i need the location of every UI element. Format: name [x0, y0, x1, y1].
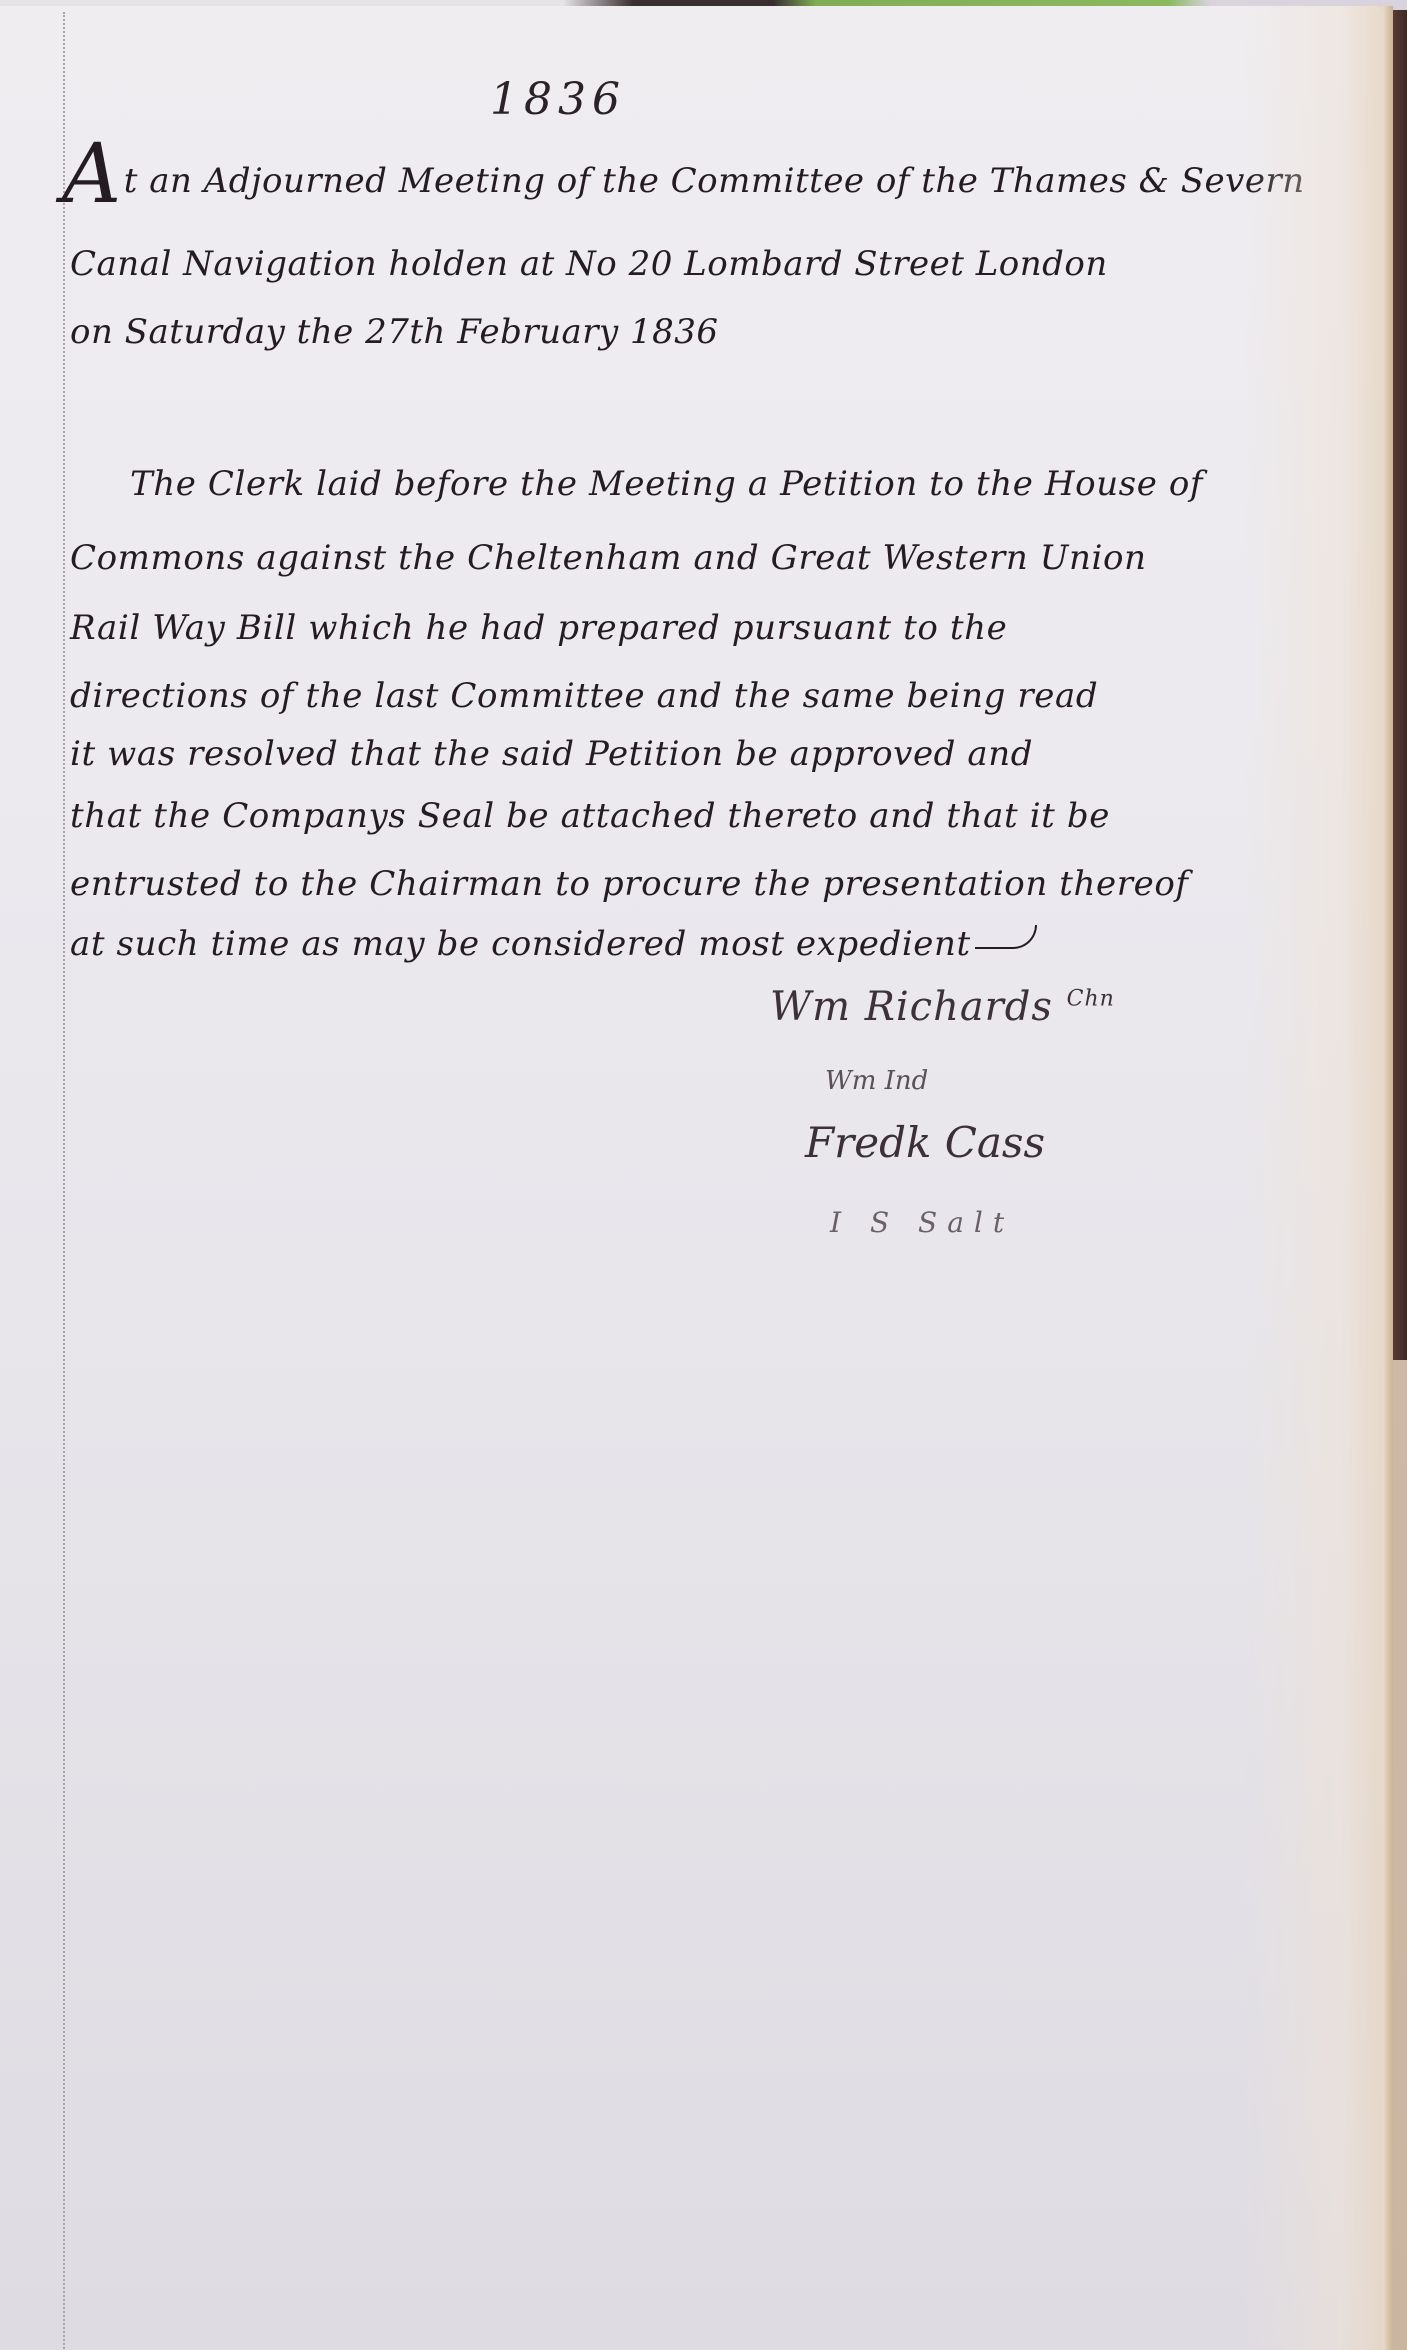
book-cover-edge-lower — [1393, 1360, 1407, 2350]
minute-line-6: that the Companys Seal be attached there… — [70, 796, 1110, 836]
heading-line-3: on Saturday the 27th February 1836 — [70, 312, 719, 352]
minute-line-4: directions of the last Committee and the… — [70, 676, 1098, 716]
closing-flourish — [975, 925, 1037, 949]
minute-line-5: it was resolved that the said Petition b… — [70, 734, 1033, 774]
signature-suffix: Chn — [1067, 987, 1115, 1012]
year-header: 1836 — [490, 74, 626, 125]
signature-chairman: Wm Richards Chn — [770, 984, 1115, 1030]
book-cover-edge — [1393, 10, 1407, 1360]
minute-line-7: entrusted to the Chairman to procure the… — [70, 864, 1189, 904]
signature-3: Fredk Cass — [805, 1118, 1045, 1167]
signature-4: I S Salt — [830, 1206, 1014, 1239]
heading-line-2: Canal Navigation holden at No 20 Lombard… — [70, 244, 1108, 284]
margin-rule — [63, 12, 65, 2350]
minute-line-8-text: at such time as may be considered most e… — [70, 924, 971, 964]
heading-text-1: t an Adjourned Meeting of the Committee … — [124, 161, 1305, 201]
minute-line-2: Commons against the Cheltenham and Great… — [70, 538, 1147, 578]
minute-line-1: The Clerk laid before the Meeting a Peti… — [130, 464, 1203, 504]
signature-2: Wm Ind — [825, 1066, 928, 1096]
signature-name: Wm Richards — [770, 984, 1053, 1030]
drop-cap: A — [62, 134, 122, 216]
manuscript-page: 1836 At an Adjourned Meeting of the Comm… — [0, 6, 1383, 2350]
page-edge — [1383, 6, 1393, 2350]
minute-line-3: Rail Way Bill which he had prepared purs… — [70, 608, 1007, 648]
heading-line-1: At an Adjourned Meeting of the Committee… — [62, 124, 1305, 206]
minute-line-8: at such time as may be considered most e… — [70, 924, 1037, 964]
